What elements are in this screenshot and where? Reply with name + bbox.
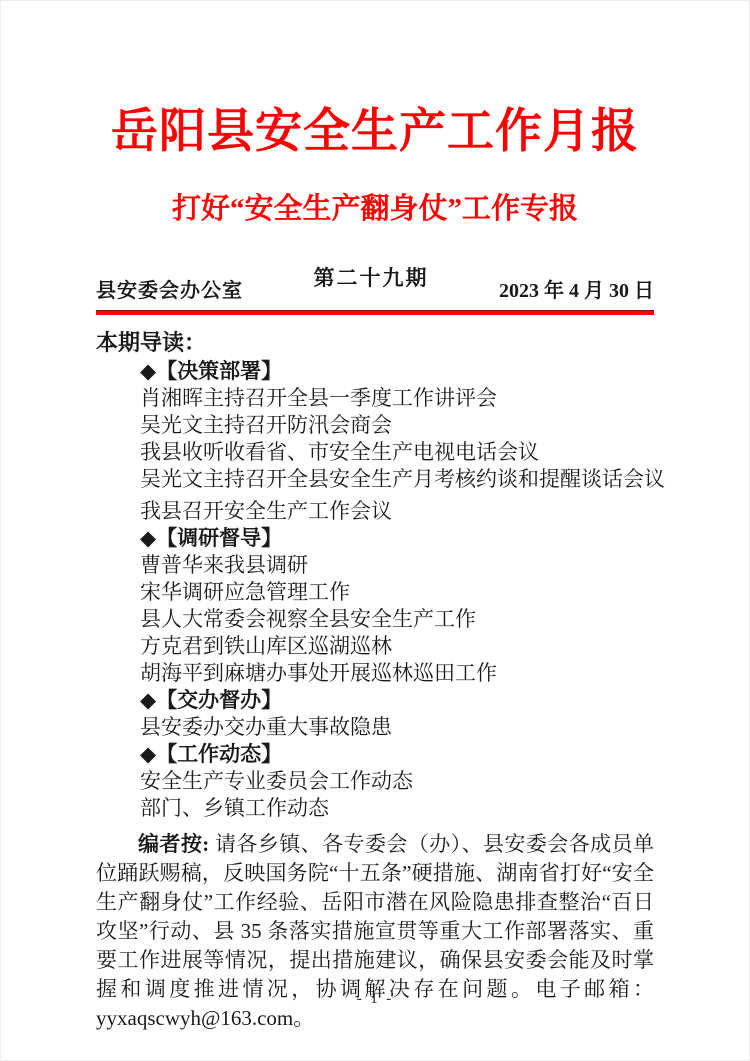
toc-item: 我县召开安全生产工作会议 [96,498,654,525]
section-decision-deployment: ◆【决策部署】 肖湘晖主持召开全县一季度工作讲评会 吴光文主持召开防汛会商会 我… [96,358,654,525]
red-divider-rule [96,310,654,315]
issuing-office: 县安委会办公室 [96,274,243,303]
document-title: 岳阳县安全生产工作月报 [96,97,654,167]
issue-number: 第二十九期 [314,262,429,292]
section-head: ◆【决策部署】 [96,358,654,385]
section-assignment-supervision: ◆【交办督办】 县安委办交办重大事故隐患 [96,687,654,741]
toc-item: 曹普华来我县调研 [96,552,654,579]
toc-item: 部门、乡镇工作动态 [96,795,654,822]
document-page: 岳阳县安全生产工作月报 打好“安全生产翻身仗”工作专报 县安委会办公室 第二十九… [0,0,750,1061]
section-head: ◆【交办督办】 [96,687,654,714]
toc-item: 安全生产专业委员会工作动态 [96,768,654,795]
toc-item: 吴光文主持召开防汛会商会 [96,412,654,439]
toc-item: 宋华调研应急管理工作 [96,579,654,606]
toc-item: 我县收听收看省、市安全生产电视电话会议 [96,439,654,466]
editor-note-label: 编者按: [138,832,209,856]
toc-item: 吴光文主持召开全县安全生产月考核约谈和提醒谈话会议 [96,466,654,493]
page-number: - 1 - [1,990,749,1008]
toc-item: 胡海平到麻塘办事处开展巡林巡田工作 [96,660,654,687]
section-work-dynamics: ◆【工作动态】 安全生产专业委员会工作动态 部门、乡镇工作动态 [96,741,654,822]
section-research-supervision: ◆【调研督导】 曹普华来我县调研 宋华调研应急管理工作 县人大常委会视察全县安全… [96,525,654,687]
issue-info-row: 县安委会办公室 第二十九期 2023 年 4 月 30 日 [96,267,654,303]
toc-heading: 本期导读： [96,328,654,358]
section-head: ◆【调研督导】 [96,525,654,552]
section-head: ◆【工作动态】 [96,741,654,768]
document-subtitle: 打好“安全生产翻身仗”工作专报 [96,191,654,227]
toc-item: 县安委办交办重大事故隐患 [96,714,654,741]
toc-item: 县人大常委会视察全县安全生产工作 [96,606,654,633]
toc-item: 方克君到铁山库区巡湖巡林 [96,633,654,660]
toc-item: 肖湘晖主持召开全县一季度工作讲评会 [96,385,654,412]
issue-date: 2023 年 4 月 30 日 [499,274,654,303]
